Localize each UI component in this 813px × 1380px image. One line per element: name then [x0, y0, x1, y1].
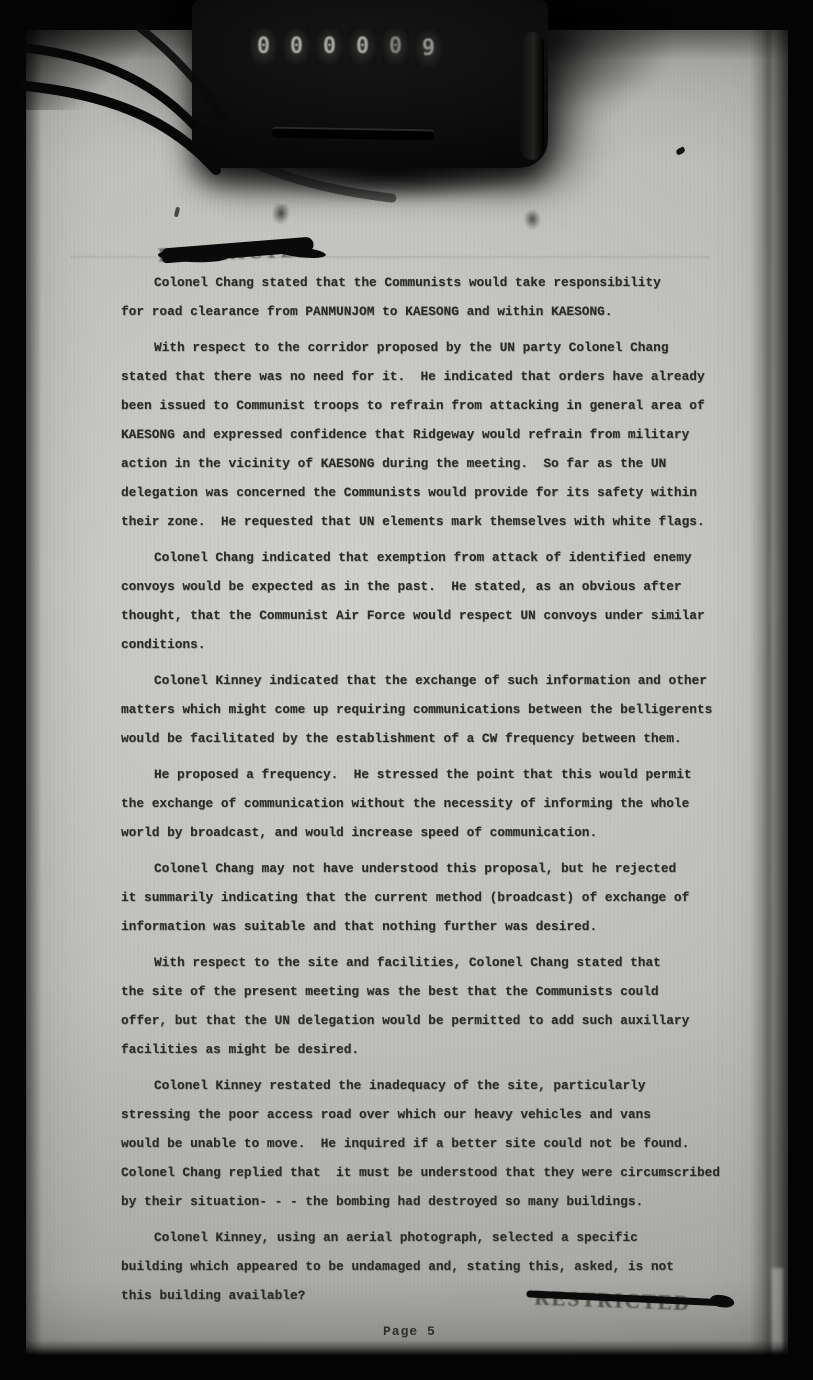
paper-right-edge: [750, 30, 788, 1356]
restricted-stamp-top: RESTRICTED: [157, 238, 348, 277]
typed-line: Colonel Chang may not have understood th…: [121, 854, 741, 883]
counter-digit: 0: [283, 28, 310, 65]
typed-line: their zone. He requested that UN element…: [121, 507, 741, 536]
typed-line: would be unable to move. He inquired if …: [121, 1129, 741, 1158]
ink-smudge: [523, 209, 543, 233]
typed-line: been issued to Communist troops to refra…: [121, 391, 741, 420]
counter-slot: [272, 127, 434, 141]
typed-line: it summarily indicating that the current…: [121, 883, 741, 912]
typed-line: With respect to the corridor proposed by…: [121, 333, 741, 362]
paper-bottom-edge: [26, 1340, 788, 1356]
paragraph: Colonel Chang indicated that exemption f…: [121, 543, 741, 659]
paragraph: Colonel Kinney restated the inadequacy o…: [121, 1071, 741, 1216]
film-border-left: [0, 0, 26, 1380]
typed-line: delegation was concerned the Communists …: [121, 478, 741, 507]
typed-line: Colonel Chang indicated that exemption f…: [121, 543, 741, 572]
counter-knob: [520, 32, 544, 160]
paragraph: Colonel Kinney indicated that the exchan…: [121, 666, 741, 753]
film-border-bottom: [0, 1356, 813, 1380]
counter-digit: 0: [250, 28, 277, 65]
typed-line: stated that there was no need for it. He…: [121, 362, 741, 391]
paragraph: With respect to the site and facilities,…: [121, 948, 741, 1064]
typed-line: the exchange of communication without th…: [121, 789, 741, 818]
counter-digit: 0: [382, 28, 409, 65]
typed-line: information was suitable and that nothin…: [121, 912, 741, 941]
paper-left-edge: [26, 30, 42, 1356]
restricted-stamp-bottom: RESTRICTED: [533, 1286, 724, 1329]
paragraph: With respect to the corridor proposed by…: [121, 333, 741, 536]
typed-line: for road clearance from PANMUNJOM to KAE…: [121, 297, 741, 326]
typed-line: Colonel Kinney indicated that the exchan…: [121, 666, 741, 695]
typed-line: conditions.: [121, 630, 741, 659]
paragraph: He proposed a frequency. He stressed the…: [121, 760, 741, 847]
typed-line: stressing the poor access road over whic…: [121, 1100, 741, 1129]
typed-line: With respect to the site and facilities,…: [121, 948, 741, 977]
counter-digits: 000009: [250, 28, 442, 65]
counter-digit: 0: [349, 28, 376, 65]
typed-line: world by broadcast, and would increase s…: [121, 818, 741, 847]
page-number: Page 5: [383, 1324, 436, 1339]
counter-device-shadow-right: [540, 18, 780, 148]
ink-smudge: [270, 203, 290, 229]
typed-line: Colonel Kinney restated the inadequacy o…: [121, 1071, 741, 1100]
typed-line: convoys would be expected as in the past…: [121, 572, 741, 601]
paragraph: Colonel Chang may not have understood th…: [121, 854, 741, 941]
counter-digit: 9: [415, 30, 442, 67]
typed-line: would be facilitated by the establishmen…: [121, 724, 741, 753]
typed-line: He proposed a frequency. He stressed the…: [121, 760, 741, 789]
typed-line: Colonel Kinney, using an aerial photogra…: [121, 1223, 741, 1252]
typed-line: action in the vicinity of KAESONG during…: [121, 449, 741, 478]
typed-line: KAESONG and expressed confidence that Ri…: [121, 420, 741, 449]
film-border-right: [788, 0, 813, 1380]
typed-line: by their situation- - - the bombing had …: [121, 1187, 741, 1216]
typed-line: offer, but that the UN delegation would …: [121, 1006, 741, 1035]
counter-digit: 0: [316, 28, 343, 65]
paragraph: Colonel Chang stated that the Communists…: [121, 268, 741, 326]
typed-line: matters which might come up requiring co…: [121, 695, 741, 724]
typed-line: Colonel Chang replied that it must be un…: [121, 1158, 741, 1187]
typed-line: the site of the present meeting was the …: [121, 977, 741, 1006]
counter-device: 000009: [192, 0, 548, 168]
typed-line: thought, that the Communist Air Force wo…: [121, 601, 741, 630]
typed-line: building which appeared to be undamaged …: [121, 1252, 741, 1281]
typed-text: Colonel Chang stated that the Communists…: [121, 268, 741, 1310]
typed-line: facilities as might be desired.: [121, 1035, 741, 1064]
